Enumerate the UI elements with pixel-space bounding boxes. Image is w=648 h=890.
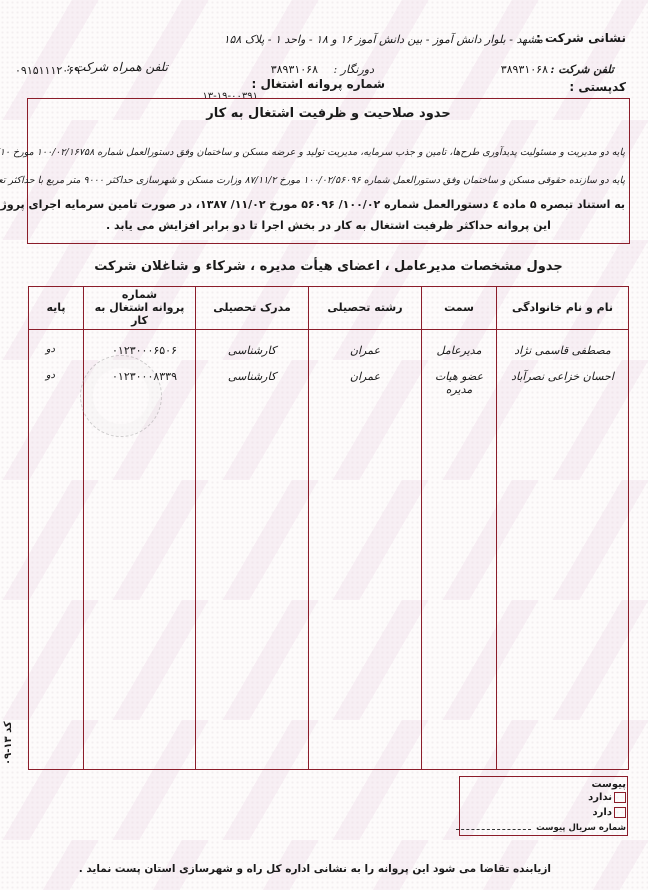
attachment-option-none[interactable]: ندارد <box>588 792 626 803</box>
column-header-degree: مدرک تحصیلی <box>196 287 309 330</box>
capacity-line-builder: پایه دو سازنده حقوقی مسکن و ساختمان وفق … <box>32 175 625 186</box>
field-cell: عمران عمران <box>309 329 422 769</box>
table-row-1-grade: دو <box>29 370 83 384</box>
attachment-has-checkbox[interactable] <box>614 807 626 818</box>
attachment-serial-label: شماره سریال پیوست <box>536 823 626 833</box>
table-row-1-name: احسان خزاعی نصرآباد <box>497 370 628 384</box>
postal-code-label: کدپستی : <box>569 80 626 94</box>
company-phone-label: تلفن شرکت : <box>550 63 614 76</box>
attachment-title: پیوست <box>591 779 626 790</box>
capacity-line-note-cont: این پروانه حداکثر ظرفیت اشتغال به کار در… <box>32 219 625 232</box>
column-header-position: سمت <box>422 287 497 330</box>
mobile-label: تلفن همراه شرکت : <box>66 60 168 74</box>
company-phone-value: ۳۸۹۳۱۰۶۸ <box>501 63 548 76</box>
members-table-title: جدول مشخصات مدیرعامل ، اعضای هیأت مدیره … <box>27 259 630 274</box>
footer-note: ازیابنده تقاضا می شود این پروانه را به ن… <box>79 863 551 875</box>
attachment-none-label: ندارد <box>588 792 612 803</box>
fax-value: ۳۸۹۳۱۰۶۸ <box>271 63 318 76</box>
form-code: کد ۱۳-۰۹ <box>3 721 14 765</box>
table-row-0-position: مدیرعامل <box>422 344 496 358</box>
column-header-field: رشته تحصیلی <box>309 287 422 330</box>
table-row-0-name: مصطفی قاسمی نژاد <box>497 344 628 358</box>
attachment-has-label: دارد <box>593 807 612 818</box>
official-stamp <box>80 355 162 437</box>
capacity-title: حدود صلاحیت و ظرفیت اشتغال به کار <box>27 106 630 121</box>
column-header-license-no-line1: شماره <box>85 288 194 301</box>
attachment-serial: شماره سریال پیوست <box>456 823 626 833</box>
grade-cell: دو دو <box>29 329 84 769</box>
attachment-serial-blank <box>456 829 531 830</box>
column-header-license-no: شماره پروانه اشتغال به کار <box>84 287 196 330</box>
name-cell: مصطفی قاسمی نژاد احسان خزاعی نصرآباد <box>497 329 629 769</box>
table-header-row: نام و نام خانوادگی سمت رشته تحصیلی مدرک … <box>29 287 629 330</box>
table-row-1-degree: کارشناسی <box>196 370 308 384</box>
license-number-label: شماره پروانه اشتغال : <box>251 77 385 91</box>
capacity-line-management: پایه دو مدیریت و مسئولیت پدیدآوری طرح‌ها… <box>32 147 625 158</box>
column-header-license-no-line2: پروانه اشتغال به کار <box>85 301 194 327</box>
fax-label: دورنگار : <box>333 63 374 76</box>
degree-cell: کارشناسی کارشناسی <box>196 329 309 769</box>
column-header-grade: پایه <box>29 287 84 330</box>
column-header-name: نام و نام خانوادگی <box>497 287 629 330</box>
table-row-1-field: عمران <box>309 370 421 384</box>
mobile-value: ۰۹۱۵۱۱۱۲۰۶۹ <box>15 64 80 77</box>
table-row-0-license-no: ۰۱۲۳۰۰۰۶۵۰۶ <box>84 344 187 358</box>
table-row-0-field: عمران <box>309 344 421 358</box>
capacity-line-note: به استناد تبصره ۵ ماده ٤ دستورالعمل شمار… <box>32 198 625 211</box>
address-label: نشانی شرکت : <box>536 31 626 45</box>
address-value: مشهد - بلوار دانش آموز - بین دانش آموز ۱… <box>224 33 543 46</box>
table-row-0-grade: دو <box>29 344 83 358</box>
attachment-option-has[interactable]: دارد <box>593 807 626 818</box>
position-cell: مدیرعامل عضو هیات مدیره <box>422 329 497 769</box>
table-row-1-position: عضو هیات مدیره <box>422 370 496 384</box>
attachment-none-checkbox[interactable] <box>614 792 626 803</box>
table-row-0-degree: کارشناسی <box>196 344 308 358</box>
